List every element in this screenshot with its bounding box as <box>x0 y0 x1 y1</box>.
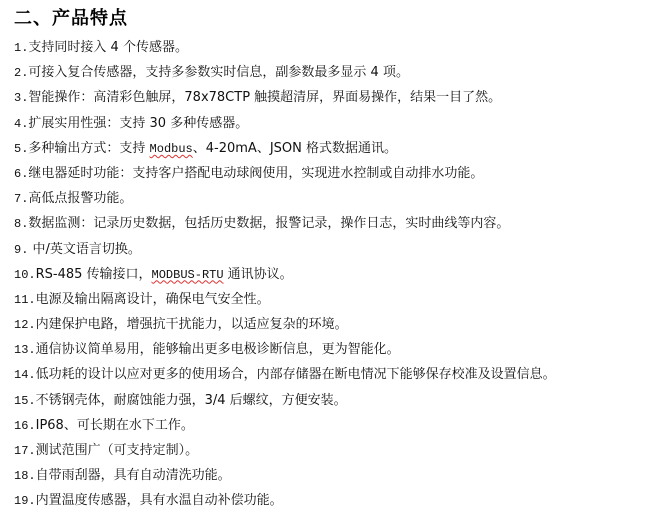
item-text: 智能操作：高清彩色触屏，78x78CTP 触摸超清屏，界面易操作，结果一目了然。 <box>28 90 501 105</box>
feature-item-5: 5.多种输出方式：支持 Modbus、4-20mA、JSON 格式数据通讯。 <box>14 136 556 161</box>
item-text: 多种输出方式：支持 <box>28 141 149 156</box>
feature-list: 1.支持同时接入 4 个传感器。 2.可接入复合传感器，支持多参数实时信息，副参… <box>14 35 556 513</box>
feature-item-10: 10.RS-485 传输接口，MODBUS-RTU 通讯协议。 <box>14 262 556 287</box>
feature-item-18: 18.自带雨刮器，具有自动清洗功能。 <box>14 463 556 488</box>
item-number: 15. <box>14 394 36 408</box>
item-text: 可接入复合传感器，支持多参数实时信息，副参数最多显示 4 项。 <box>28 65 409 80</box>
item-number: 11. <box>14 293 36 307</box>
feature-item-9: 9. 中/英文语言切换。 <box>14 237 556 262</box>
feature-item-3: 3.智能操作：高清彩色触屏，78x78CTP 触摸超清屏，界面易操作，结果一目了… <box>14 85 556 110</box>
item-text: 支持同时接入 4 个传感器。 <box>28 40 188 55</box>
item-text: IP68、可长期在水下工作。 <box>36 418 194 433</box>
item-text: 扩展实用性强：支持 30 多种传感器。 <box>28 116 248 131</box>
section-title: 二、产品特点 <box>14 6 128 32</box>
feature-item-15: 15.不锈钢壳体，耐腐蚀能力强，3/4 后螺纹，方便安装。 <box>14 388 556 413</box>
feature-item-7: 7.高低点报警功能。 <box>14 186 556 211</box>
item-text: 测试范围广（可支持定制）。 <box>36 443 199 458</box>
item-text: 内置温度传感器，具有水温自动补偿功能。 <box>36 493 283 508</box>
feature-item-13: 13.通信协议简单易用，能够输出更多电极诊断信息，更为智能化。 <box>14 337 556 362</box>
item-number: 6. <box>14 167 28 181</box>
item-text: 继电器延时功能：支持客户搭配电动球阀使用，实现进水控制或自动排水功能。 <box>28 166 483 181</box>
spellcheck-word-modbus[interactable]: Modbus <box>150 142 193 156</box>
item-text: 不锈钢壳体，耐腐蚀能力强，3/4 后螺纹，方便安装。 <box>36 393 347 408</box>
feature-item-4: 4.扩展实用性强：支持 30 多种传感器。 <box>14 111 556 136</box>
item-number: 19. <box>14 494 36 508</box>
feature-item-16: 16.IP68、可长期在水下工作。 <box>14 413 556 438</box>
item-text: 高低点报警功能。 <box>28 191 132 206</box>
item-number: 7. <box>14 192 28 206</box>
feature-item-17: 17.测试范围广（可支持定制）。 <box>14 438 556 463</box>
feature-item-19: 19.内置温度传感器，具有水温自动补偿功能。 <box>14 488 556 513</box>
item-number: 14. <box>14 368 36 382</box>
feature-item-14: 14.低功耗的设计以应对更多的使用场合，内部存储器在断电情况下能够保存校准及设置… <box>14 362 556 387</box>
item-number: 9. <box>14 243 28 257</box>
item-number: 8. <box>14 217 28 231</box>
item-number: 16. <box>14 419 36 433</box>
item-number: 17. <box>14 444 36 458</box>
item-number: 10. <box>14 268 36 282</box>
feature-item-1: 1.支持同时接入 4 个传感器。 <box>14 35 556 60</box>
item-number: 5. <box>14 142 28 156</box>
feature-item-11: 11.电源及输出隔离设计，确保电气安全性。 <box>14 287 556 312</box>
feature-item-12: 12.内建保护电路，增强抗干扰能力，以适应复杂的环境。 <box>14 312 556 337</box>
item-number: 1. <box>14 41 28 55</box>
item-number: 13. <box>14 343 36 357</box>
item-number: 18. <box>14 469 36 483</box>
feature-item-2: 2.可接入复合传感器，支持多参数实时信息，副参数最多显示 4 项。 <box>14 60 556 85</box>
item-number: 3. <box>14 91 28 105</box>
item-text: 通讯协议。 <box>224 267 293 282</box>
spellcheck-word-modbus-rtu[interactable]: MODBUS-RTU <box>152 268 224 282</box>
item-text: 数据监测：记录历史数据，包括历史数据，报警记录，操作日志，实时曲线等内容。 <box>28 216 509 231</box>
item-number: 12. <box>14 318 36 332</box>
item-text: 、4-20mA、JSON 格式数据通讯。 <box>193 141 397 156</box>
item-text: 低功耗的设计以应对更多的使用场合，内部存储器在断电情况下能够保存校准及设置信息。 <box>36 367 556 382</box>
item-text: 通信协议简单易用，能够输出更多电极诊断信息，更为智能化。 <box>36 342 400 357</box>
feature-item-8: 8.数据监测：记录历史数据，包括历史数据，报警记录，操作日志，实时曲线等内容。 <box>14 211 556 236</box>
item-number: 2. <box>14 66 28 80</box>
item-text: 中/英文语言切换。 <box>28 242 141 257</box>
item-text: 内建保护电路，增强抗干扰能力，以适应复杂的环境。 <box>36 317 348 332</box>
item-text: RS-485 传输接口， <box>36 267 152 282</box>
feature-item-6: 6.继电器延时功能：支持客户搭配电动球阀使用，实现进水控制或自动排水功能。 <box>14 161 556 186</box>
item-text: 自带雨刮器，具有自动清洗功能。 <box>36 468 231 483</box>
item-text: 电源及输出隔离设计，确保电气安全性。 <box>36 292 270 307</box>
item-number: 4. <box>14 117 28 131</box>
